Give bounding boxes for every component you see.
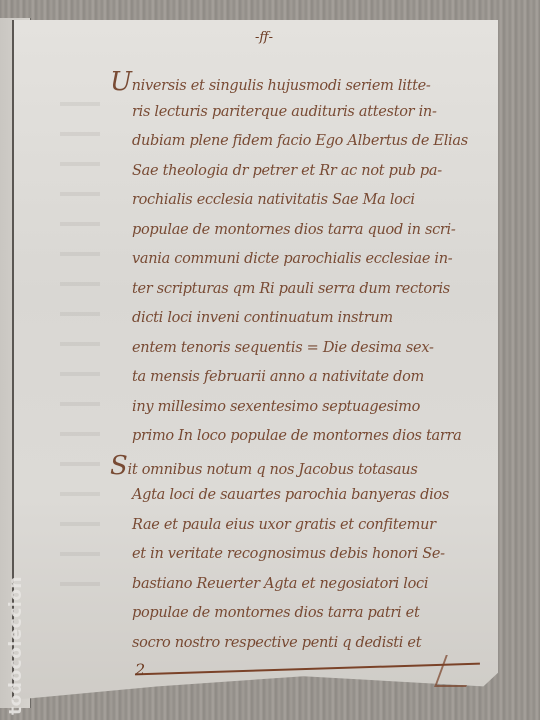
text-line: Sae theologia dr petrer et Rr ac not pub…	[110, 157, 500, 187]
text-line: ris lecturis pariterque audituris attest…	[110, 98, 500, 128]
text-line: Universis et singulis hujusmodi seriem l…	[110, 68, 500, 98]
text-line: iny millesimo sexentesimo septuagesimo	[110, 393, 500, 423]
text-line: dubiam plene fidem facio Ego Albertus de…	[110, 127, 500, 157]
text-line: Agta loci de sauartes parochia banyeras …	[110, 481, 500, 511]
text-line: rochialis ecclesia nativitatis Sae Ma lo…	[110, 186, 500, 216]
margin-mark: 2	[135, 660, 145, 679]
folio-mark: -ff-	[255, 30, 273, 45]
text-line: Sit omnibus notum q nos Jacobus totasaus	[110, 452, 500, 482]
text-line: socro nostro respective penti q dedisti …	[110, 629, 500, 659]
text-line: ter scripturas qm Ri pauli serra dum rec…	[110, 275, 500, 305]
manuscript-text: Universis et singulis hujusmodi seriem l…	[110, 68, 500, 658]
watermark-logo: todocoleccion	[6, 545, 36, 715]
text-line: Rae et paula eius uxor gratis et confite…	[110, 511, 500, 541]
text-line: entem tenoris sequentis = Die desima sex…	[110, 334, 500, 364]
text-line: et in veritate recognosimus debis honori…	[110, 540, 500, 570]
text-line: bastiano Reuerter Agta et negosiatori lo…	[110, 570, 500, 600]
text-line: dicti loci inveni continuatum instrum	[110, 304, 500, 334]
text-line: primo In loco populae de montornes dios …	[110, 422, 500, 452]
text-line: ta mensis februarii anno a nativitate do…	[110, 363, 500, 393]
text-line: populae de montornes dios tarra quod in …	[110, 216, 500, 246]
ink-bleed-through	[60, 90, 100, 590]
text-line: vania communi dicte parochialis ecclesia…	[110, 245, 500, 275]
text-line: populae de montornes dios tarra patri et	[110, 599, 500, 629]
